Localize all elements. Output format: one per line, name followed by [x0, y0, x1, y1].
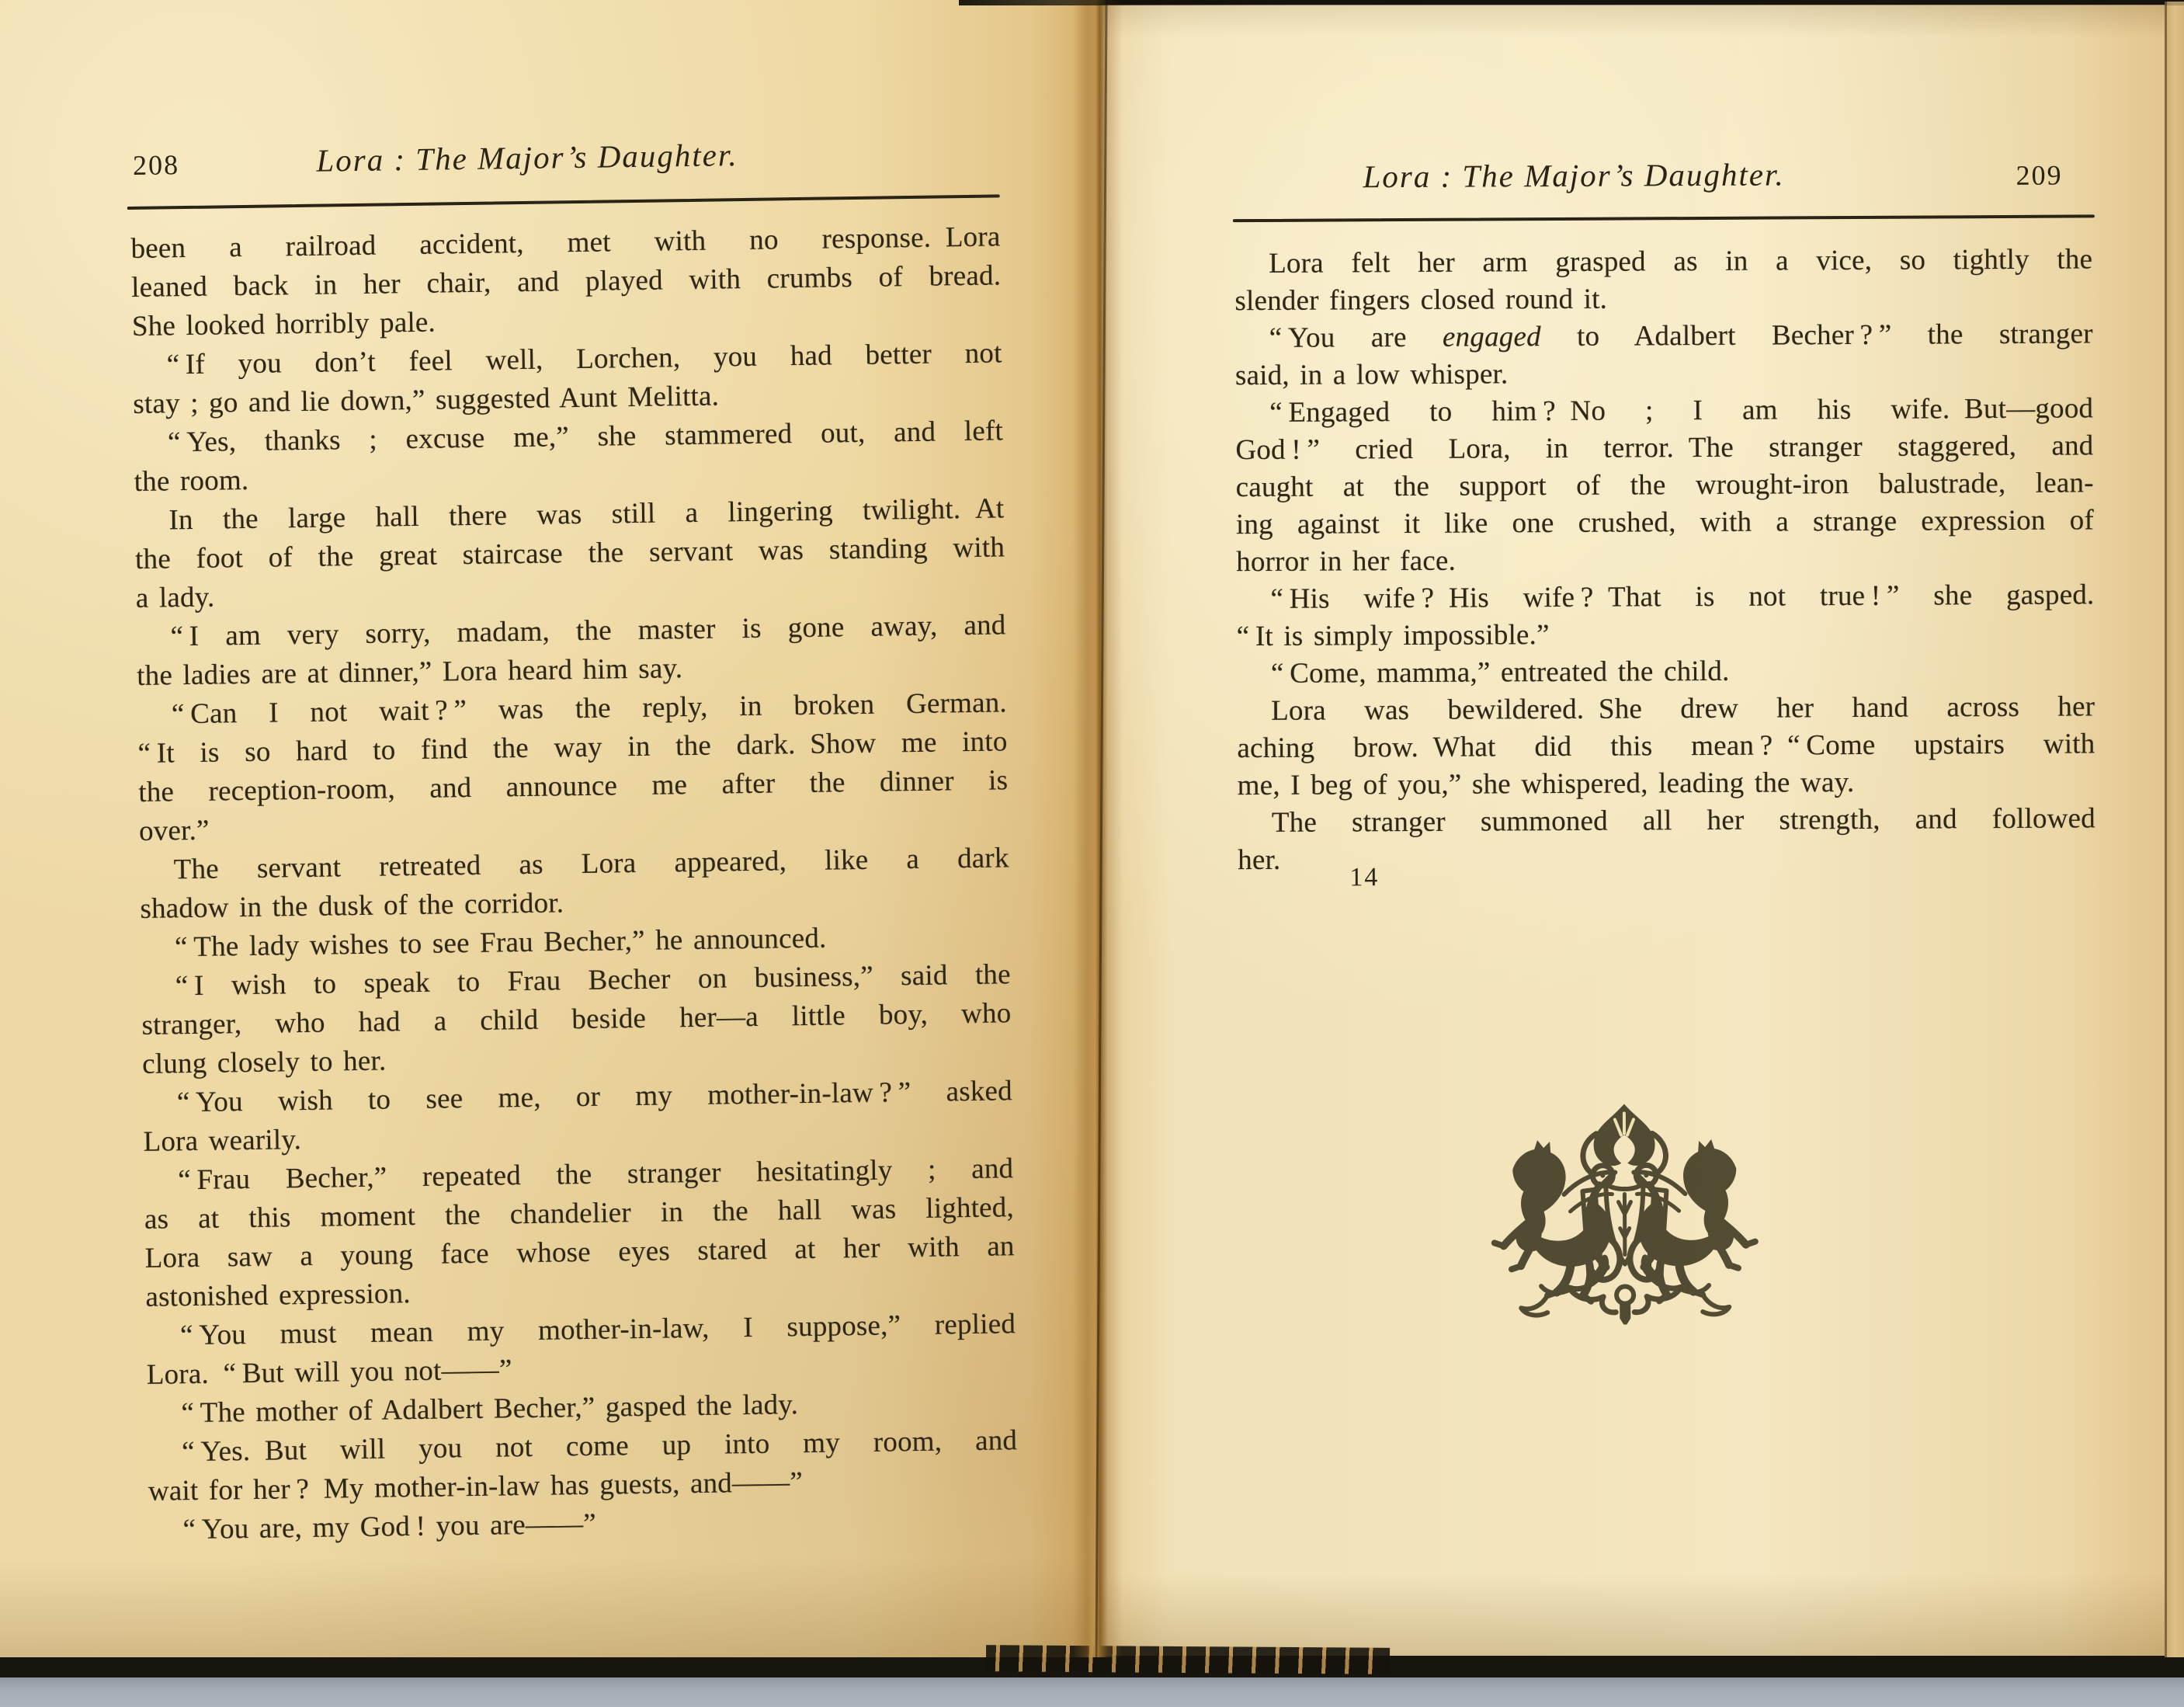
- text-segment: Lora was bewildered. She drew her hand a…: [1271, 690, 2095, 727]
- text-segment: Lora. “ But will you not——”: [147, 1354, 512, 1391]
- text-segment: “ Engaged to him ? No ; I am his wife. B…: [1269, 392, 2093, 429]
- two-horses-ornament-icon: [1489, 1099, 1761, 1327]
- text-segment: horror in her face.: [1236, 545, 1456, 578]
- text-segment: “ Yes. But will you not come up into my …: [182, 1424, 1017, 1468]
- text-segment: “ Yes, thanks ; excuse me,” she stammere…: [168, 415, 1003, 458]
- text-line: The stranger summoned all her strength, …: [1238, 800, 2095, 842]
- text-segment: The servant retreated as Lora appeared, …: [173, 842, 1009, 885]
- text-segment: said, in a low whisper.: [1235, 358, 1509, 391]
- text-segment: the foot of the great staircase the serv…: [135, 531, 1005, 575]
- text-segment: me, I beg of you,” she whispered, leadin…: [1238, 767, 1855, 801]
- running-title-right: Lora : The Major’s Daughter.: [1144, 155, 2002, 196]
- text-segment: wait for her ? My mother-in-law has gues…: [148, 1466, 804, 1507]
- text-segment: “ You are, my God ! you are——”: [182, 1508, 596, 1545]
- text-segment: Lora felt her arm grasped as in a vice, …: [1269, 243, 2092, 280]
- text-segment: the reception-room, and announce me afte…: [138, 764, 1008, 808]
- text-line: Lora felt her arm grasped as in a vice, …: [1234, 241, 2092, 283]
- text-segment: her.: [1238, 844, 1280, 876]
- text-segment: The stranger summoned all her strength, …: [1272, 802, 2095, 839]
- text-segment: She looked horribly pale.: [132, 307, 436, 342]
- page-left-header: 208 Lora : The Major’s Daughter.: [130, 132, 1000, 191]
- page-right: Lora : The Major’s Daughter. 209 Lora fe…: [1096, 5, 2166, 1656]
- text-line: “ His wife ? His wife ? That is not true…: [1236, 576, 2094, 618]
- text-line: me, I beg of you,” she whispered, leadin…: [1238, 763, 2095, 805]
- page-text-right: Lora felt her arm grasped as in a vice, …: [1234, 241, 2095, 879]
- text-segment: “ You wish to see me, or my mother-in-la…: [177, 1075, 1012, 1118]
- page-left-content: 208 Lora : The Major’s Daughter. been a …: [0, 0, 1116, 1659]
- page-left: 208 Lora : The Major’s Daughter. been a …: [0, 0, 1096, 1657]
- text-segment: “ His wife ? His wife ? That is not true…: [1270, 579, 2094, 615]
- book-top-edge: [959, 0, 2184, 5]
- text-segment: caught at the support of the wrought-iro…: [1236, 467, 2094, 503]
- text-segment: God ! ” cried Lora, in terror. The stran…: [1235, 429, 2093, 466]
- italic-word: engaged: [1443, 321, 1541, 353]
- text-segment: Lora wearily.: [143, 1124, 301, 1158]
- header-rule-left: [127, 194, 1000, 210]
- text-line: “ Come, mamma,” entreated the child.: [1237, 651, 2095, 693]
- text-line: “ Engaged to him ? No ; I am his wife. B…: [1235, 390, 2093, 432]
- text-line: aching brow. What did this mean ? “ Come…: [1237, 725, 2095, 767]
- page-number-right: 209: [2016, 159, 2062, 192]
- text-line: “ It is simply impossible.”: [1237, 614, 2095, 655]
- text-segment: to Adalbert Becher ? ” the stranger: [1541, 318, 2093, 353]
- page-text-left: been a railroad accident, met with no re…: [130, 217, 1019, 1549]
- page-stack-right-edge: [2165, 2, 2184, 1657]
- open-book-scan: 208 Lora : The Major’s Daughter. been a …: [0, 0, 2184, 1707]
- text-line: said, in a low whisper.: [1235, 353, 2093, 395]
- text-segment: “ If you don’t feel well, Lorchen, you h…: [166, 337, 1002, 381]
- text-segment: stay ; go and lie down,” suggested Aunt …: [133, 380, 719, 420]
- text-segment: the room.: [134, 464, 248, 498]
- text-segment: a lady.: [136, 582, 215, 614]
- running-title-left: Lora : The Major’s Daughter.: [92, 133, 963, 183]
- text-segment: aching brow. What did this mean ? “ Come…: [1237, 728, 2095, 764]
- binding-stitch-edge: [986, 1645, 1390, 1674]
- text-segment: astonished expression.: [145, 1278, 411, 1313]
- text-segment: clung closely to her.: [142, 1045, 387, 1080]
- text-segment: the ladies are at dinner,” Lora heard hi…: [137, 652, 683, 692]
- text-segment: ing against it like one crushed, with a …: [1236, 504, 2094, 541]
- text-line: ing against it like one crushed, with a …: [1236, 502, 2094, 544]
- text-line: horror in her face.: [1236, 539, 2094, 581]
- text-segment: Lora saw a young face whose eyes stared …: [144, 1230, 1014, 1274]
- text-segment: “ The mother of Adalbert Becher,” gasped…: [181, 1389, 798, 1429]
- header-rule-right: [1233, 214, 2095, 222]
- signature-mark: 14: [1349, 863, 1379, 892]
- text-segment: “ It is simply impossible.”: [1237, 619, 1550, 652]
- page-right-content: Lora : The Major’s Daughter. 209 Lora fe…: [1095, 0, 2173, 1657]
- text-segment: slender fingers closed round it.: [1234, 283, 1607, 318]
- text-segment: “ I am very sorry, madam, the master is …: [170, 609, 1005, 652]
- text-segment: “ You are: [1269, 322, 1443, 354]
- text-line: God ! ” cried Lora, in terror. The stran…: [1235, 427, 2093, 469]
- text-segment: “ Come, mamma,” entreated the child.: [1271, 655, 1730, 690]
- text-line: slender fingers closed round it.: [1234, 278, 2092, 320]
- text-segment: stranger, who had a child beside her—a l…: [141, 997, 1011, 1041]
- text-segment: over.”: [139, 815, 210, 847]
- text-segment: “ The lady wishes to see Frau Becher,” h…: [175, 923, 827, 964]
- text-line: caught at the support of the wrought-iro…: [1236, 464, 2094, 506]
- text-line: “ You are engaged to Adalbert Becher ? ”…: [1235, 315, 2093, 357]
- scanner-background: [0, 1677, 2184, 1707]
- text-segment: “ You must mean my mother-in-law, I supp…: [180, 1308, 1016, 1351]
- page-right-header: Lora : The Major’s Daughter. 209: [1234, 154, 2092, 205]
- text-segment: shadow in the dusk of the corridor.: [140, 887, 564, 925]
- text-segment: leaned back in her chair, and played wit…: [131, 259, 1001, 304]
- text-line: Lora was bewildered. She drew her hand a…: [1237, 688, 2095, 730]
